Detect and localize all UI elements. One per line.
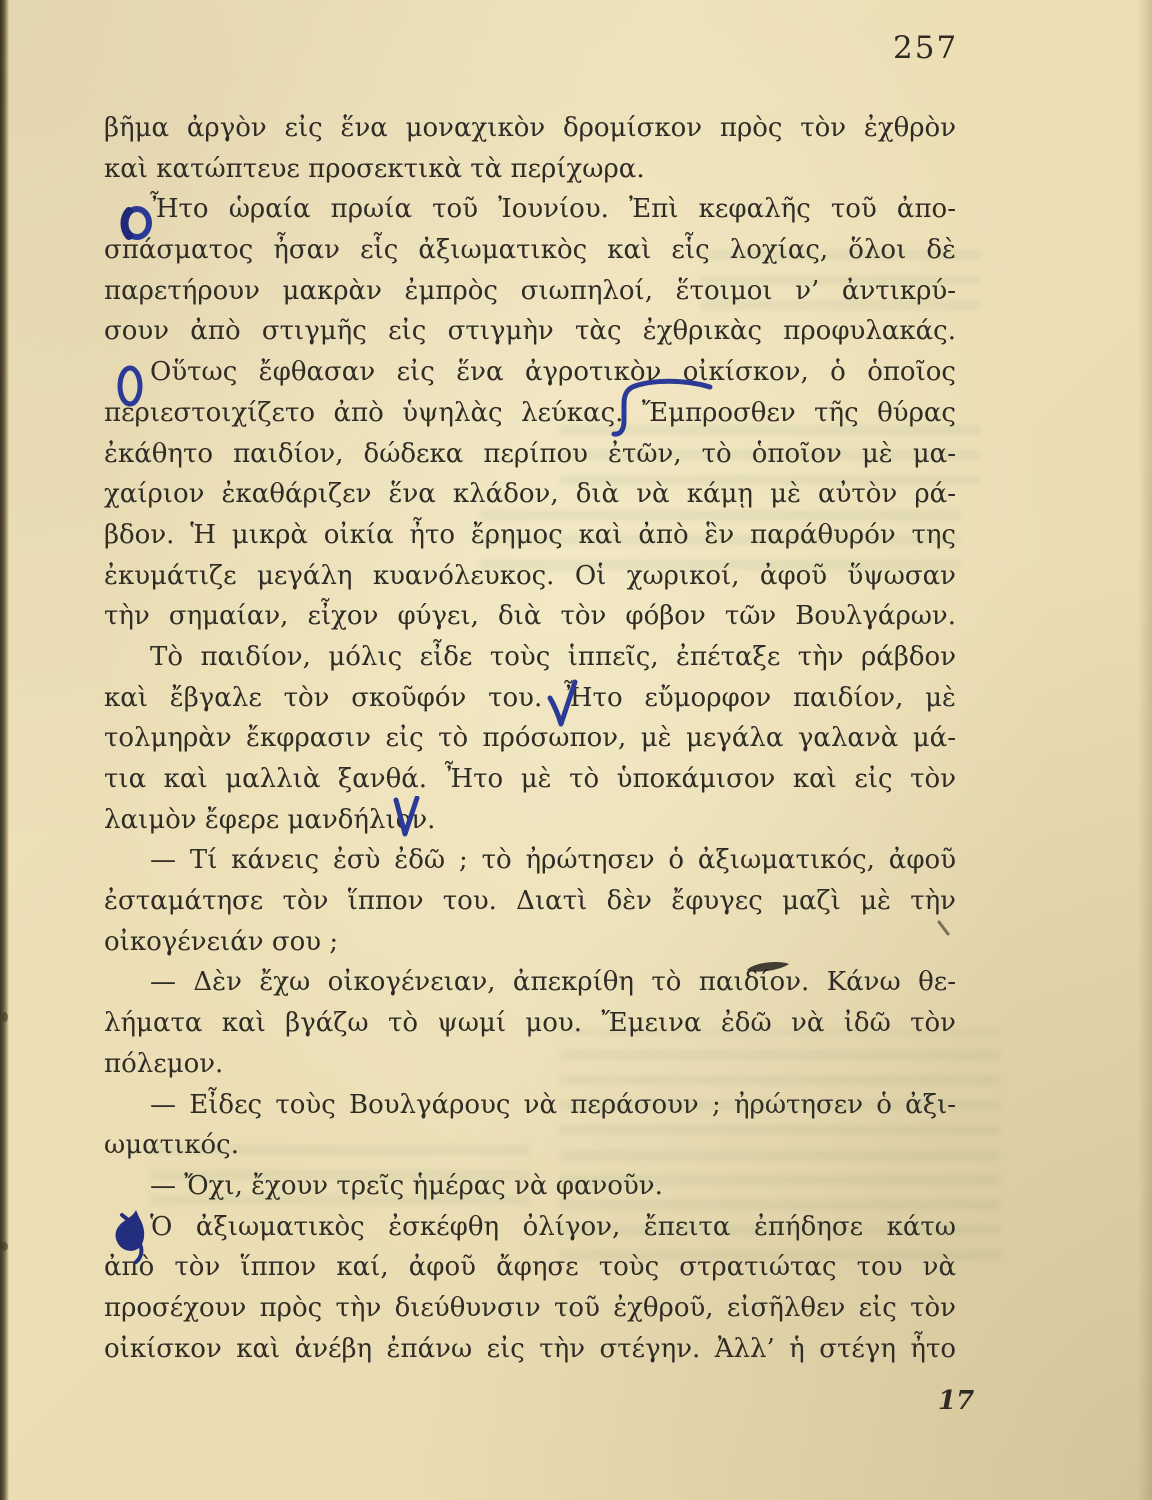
text-line: παρετήρουν μακρὰν ἐμπρὸς σιωπηλοί, ἕτοιμ… <box>104 271 956 312</box>
theta-circle-mark-icon <box>120 204 156 242</box>
text-line: Οὕτως ἔφθασαν εἰς ἕνα ἀγροτικὸν οἰκίσκον… <box>104 352 956 393</box>
corner-bracket-mark-icon <box>610 376 716 442</box>
text-line: περιεστοιχίζετο ἀπὸ ὑψηλὰς λεύκας. Ἔμπρο… <box>104 393 956 434</box>
page-number: 257 <box>893 30 973 66</box>
ink-blob-mark-icon <box>106 1206 156 1266</box>
text-line: οἰκίσκον καὶ ἀνέβη ἐπάνω εἰς τὴν στέγην.… <box>104 1329 956 1370</box>
v-mark-icon <box>392 796 422 840</box>
edge-speck <box>1 1242 8 1251</box>
text-line: προσέχουν πρὸς τὴν διεύθυνσιν τοῦ ἐχθροῦ… <box>104 1288 956 1329</box>
page-right-shading <box>1138 0 1152 1500</box>
check-mark-icon <box>546 678 582 730</box>
body-text: βῆμα ἀργὸν εἰς ἕνα μοναχικὸν δρομίσκον π… <box>104 108 956 1369</box>
text-line: Ὁ ἀξιωματικὸς ἐσκέφθη ὀλίγον, ἔπειτα ἐπή… <box>104 1207 956 1248</box>
text-line: ἐσταμάτησε τὸν ἵππον του. Διατὶ δὲν ἔφυγ… <box>104 881 956 922</box>
text-line: τολμηρὰν ἔκφρασιν εἰς τὸ πρόσωπον, μὲ με… <box>104 718 956 759</box>
text-line: ἀπὸ τὸν ἵππον καί, ἀφοῦ ἄφησε τοὺς στρατ… <box>104 1247 956 1288</box>
text-line: οἰκογένειάν σου ; <box>104 922 956 963</box>
text-line: — Ὄχι, ἔχουν τρεῖς ἡμέρας νὰ φανοῦν. <box>104 1166 956 1207</box>
oval-o-mark-icon <box>116 364 146 410</box>
text-line: ἐκάθητο παιδίον, δώδεκα περίπου ἐτῶν, τὸ… <box>104 434 956 475</box>
ink-smudge <box>745 960 791 976</box>
pencil-speck <box>936 920 952 938</box>
signature-mark: 17 <box>938 1386 974 1416</box>
text-line: σπάσματος ἦσαν εἷς ἀξιωματικὸς καὶ εἷς λ… <box>104 230 956 271</box>
page-binding-edge <box>0 0 9 1500</box>
text-line: Τὸ παιδίον, μόλις εἶδε τοὺς ἱππεῖς, ἐπέτ… <box>104 637 956 678</box>
text-line: καὶ κατώπτευε προσεκτικὰ τὰ περίχωρα. <box>104 149 956 190</box>
text-line: ἐκυμάτιζε μεγάλη κυανόλευκος. Οἱ χωρικοί… <box>104 556 956 597</box>
text-line: καὶ ἔβγαλε τὸν σκοῦφόν του. Ἦτο εὔμορφον… <box>104 678 956 719</box>
edge-speck <box>2 1012 8 1022</box>
text-line: — Δὲν ἔχω οἰκογένειαν, ἀπεκρίθη τὸ παιδί… <box>104 962 956 1003</box>
scanned-book-page: 257 βῆμα ἀργὸν εἰς ἕνα μοναχικὸν δρομίσκ… <box>0 0 1152 1500</box>
text-line: βδον. Ἡ μικρὰ οἰκία ἦτο ἔρημος καὶ ἀπὸ ἓ… <box>104 515 956 556</box>
text-line: βῆμα ἀργὸν εἰς ἕνα μοναχικὸν δρομίσκον π… <box>104 108 956 149</box>
text-line: — Τί κάνεις ἐσὺ ἐδῶ ; τὸ ἠρώτησεν ὁ ἀξιω… <box>104 840 956 881</box>
text-line: — Εἶδες τοὺς Βουλγάρους νὰ περάσουν ; ἠρ… <box>104 1085 956 1126</box>
text-line: λαιμὸν ἔφερε μανδήλιον. <box>104 800 956 841</box>
text-line: ωματικός. <box>104 1125 956 1166</box>
text-line: χαίριον ἐκαθάριζεν ἕνα κλάδον, διὰ νὰ κά… <box>104 474 956 515</box>
text-line: λήματα καὶ βγάζω τὸ ψωμί μου. Ἔμεινα ἐδῶ… <box>104 1003 956 1044</box>
text-line: τὴν σημαίαν, εἶχον φύγει, διὰ τὸν φόβον … <box>104 596 956 637</box>
text-line: σουν ἀπὸ στιγμῆς εἰς στιγμὴν τὰς ἐχθρικὰ… <box>104 311 956 352</box>
text-line: τια καὶ μαλλιὰ ξανθά. Ἦτο μὲ τὸ ὑποκάμισ… <box>104 759 956 800</box>
text-line: πόλεμον. <box>104 1044 956 1085</box>
text-line: Ἦτο ὡραία πρωία τοῦ Ἰουνίου. Ἐπὶ κεφαλῆς… <box>104 189 956 230</box>
